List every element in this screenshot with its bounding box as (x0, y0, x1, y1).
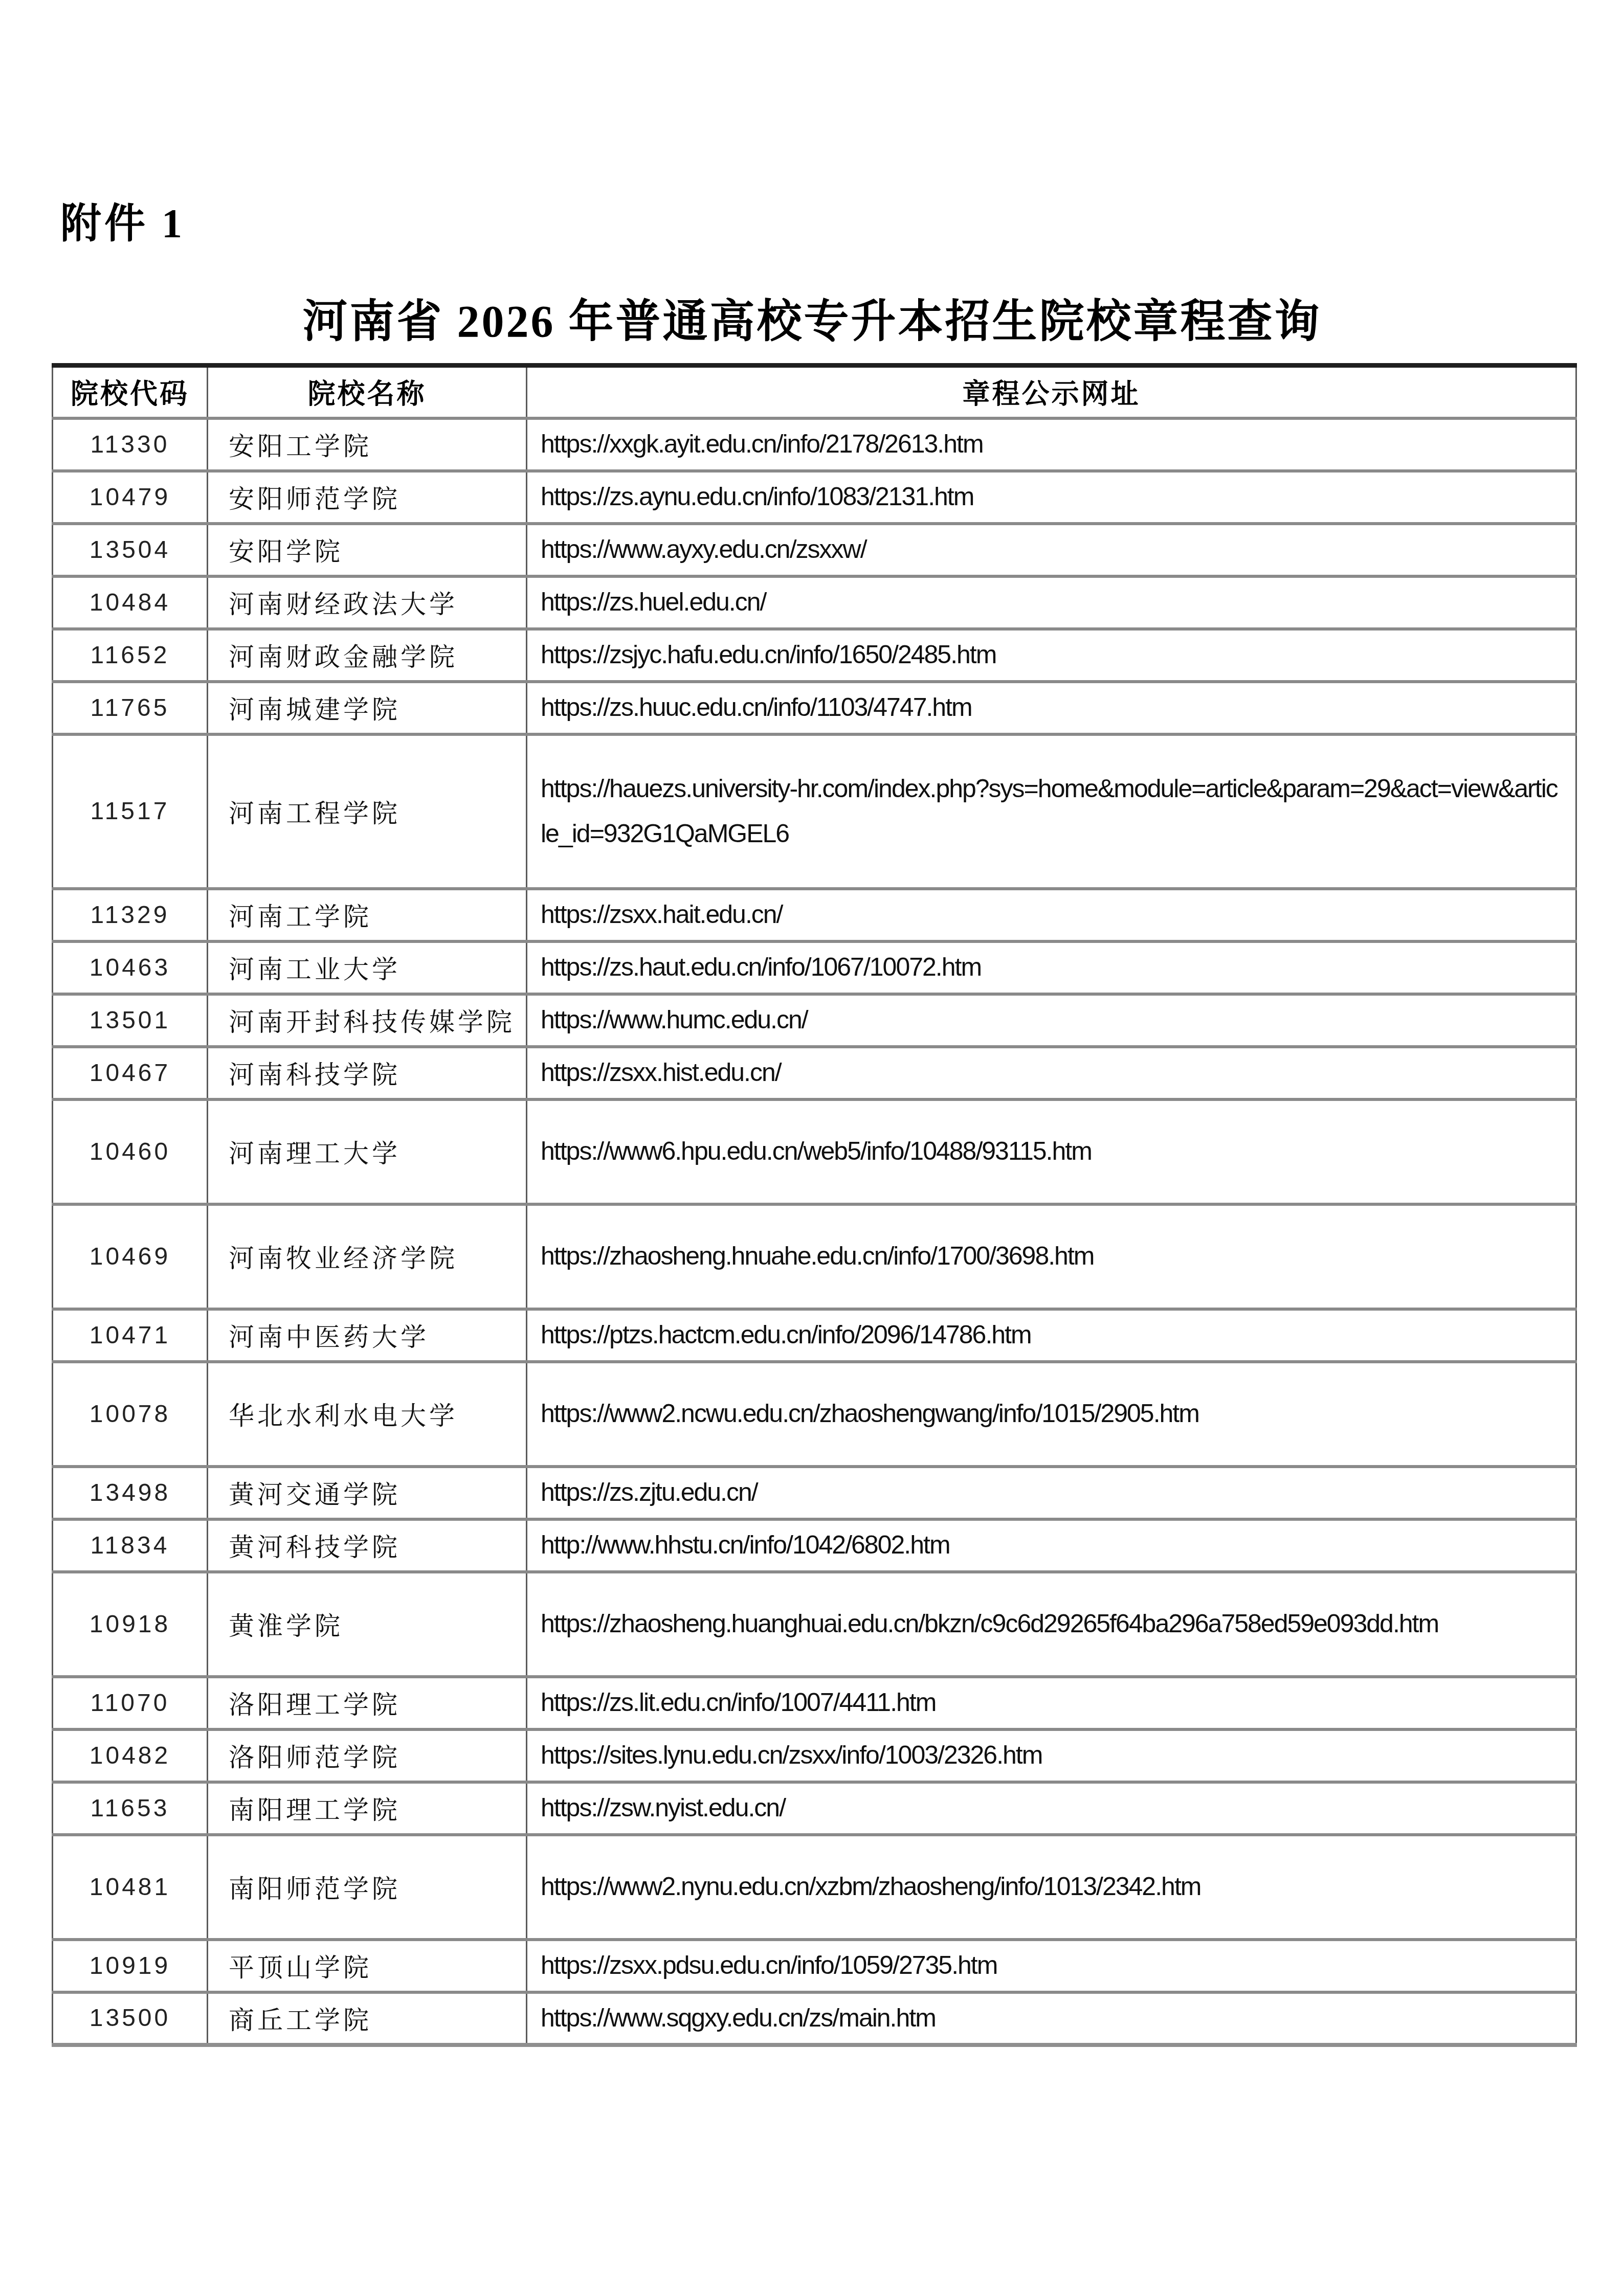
cell-college-code: 11653 (53, 1782, 208, 1835)
cell-college-name: 安阳学院 (208, 524, 527, 576)
document-page: 附件 1 河南省 2026 年普通高校专升本招生院校章程查询 院校代码 院校名称… (0, 0, 1624, 2296)
cell-college-code: 10479 (53, 471, 208, 524)
col-header-code: 院校代码 (53, 366, 208, 418)
cell-charter-url: https://www2.nynu.edu.cn/xzbm/zhaosheng/… (527, 1835, 1576, 1940)
cell-charter-url: https://hauezs.university-hr.com/index.p… (527, 734, 1576, 889)
cell-college-name: 黄淮学院 (208, 1572, 527, 1677)
cell-college-code: 13501 (53, 994, 208, 1047)
cell-charter-url: https://zs.zjtu.edu.cn/ (527, 1467, 1576, 1519)
table-row: 11517 河南工程学院 https://hauezs.university-h… (53, 734, 1576, 889)
table-row: 13498 黄河交通学院 https://zs.zjtu.edu.cn/ (53, 1467, 1576, 1519)
cell-charter-url: https://zsxx.hait.edu.cn/ (527, 889, 1576, 941)
table-row: 11652 河南财政金融学院 https://zsjyc.hafu.edu.cn… (53, 629, 1576, 682)
cell-college-code: 11517 (53, 734, 208, 889)
cell-college-code: 11329 (53, 889, 208, 941)
cell-college-code: 11330 (53, 418, 208, 471)
table-row: 10467 河南科技学院 https://zsxx.hist.edu.cn/ (53, 1047, 1576, 1099)
cell-charter-url: https://zsxx.pdsu.edu.cn/info/1059/2735.… (527, 1940, 1576, 1992)
cell-college-code: 10482 (53, 1729, 208, 1782)
cell-college-code: 13504 (53, 524, 208, 576)
cell-charter-url: https://zs.huel.edu.cn/ (527, 576, 1576, 629)
table-row: 10918 黄淮学院 https://zhaosheng.huanghuai.e… (53, 1572, 1576, 1677)
table-row: 10078 华北水利水电大学 https://www2.ncwu.edu.cn/… (53, 1362, 1576, 1467)
table-row: 10919 平顶山学院 https://zsxx.pdsu.edu.cn/inf… (53, 1940, 1576, 1992)
cell-college-code: 11765 (53, 682, 208, 734)
cell-charter-url: https://www.ayxy.edu.cn/zsxxw/ (527, 524, 1576, 576)
cell-charter-url: https://zs.haut.edu.cn/info/1067/10072.h… (527, 941, 1576, 994)
table-row: 11330 安阳工学院 https://xxgk.ayit.edu.cn/inf… (53, 418, 1576, 471)
table-row: 10484 河南财经政法大学 https://zs.huel.edu.cn/ (53, 576, 1576, 629)
table-row: 11765 河南城建学院 https://zs.huuc.edu.cn/info… (53, 682, 1576, 734)
cell-charter-url: https://zs.lit.edu.cn/info/1007/4411.htm (527, 1677, 1576, 1729)
cell-college-name: 河南财经政法大学 (208, 576, 527, 629)
cell-college-name: 河南牧业经济学院 (208, 1204, 527, 1309)
cell-charter-url: https://www2.ncwu.edu.cn/zhaoshengwang/i… (527, 1362, 1576, 1467)
table-row: 11329 河南工学院 https://zsxx.hait.edu.cn/ (53, 889, 1576, 941)
col-header-url: 章程公示网址 (527, 366, 1576, 418)
cell-college-code: 10919 (53, 1940, 208, 1992)
cell-college-code: 13500 (53, 1992, 208, 2045)
cell-college-code: 11652 (53, 629, 208, 682)
cell-college-code: 11070 (53, 1677, 208, 1729)
cell-college-code: 10918 (53, 1572, 208, 1677)
table-header-row: 院校代码 院校名称 章程公示网址 (53, 366, 1576, 418)
table-body: 11330 安阳工学院 https://xxgk.ayit.edu.cn/inf… (53, 418, 1576, 2045)
cell-charter-url: https://zsjyc.hafu.edu.cn/info/1650/2485… (527, 629, 1576, 682)
attachment-label: 附件 1 (60, 190, 185, 249)
cell-college-name: 河南工业大学 (208, 941, 527, 994)
cell-college-name: 河南工程学院 (208, 734, 527, 889)
cell-charter-url: https://xxgk.ayit.edu.cn/info/2178/2613.… (527, 418, 1576, 471)
cell-college-name: 洛阳理工学院 (208, 1677, 527, 1729)
cell-charter-url: https://zsxx.hist.edu.cn/ (527, 1047, 1576, 1099)
table-header: 院校代码 院校名称 章程公示网址 (53, 366, 1576, 418)
cell-college-code: 13498 (53, 1467, 208, 1519)
table-row: 10460 河南理工大学 https://www6.hpu.edu.cn/web… (53, 1099, 1576, 1204)
cell-charter-url: https://www.humc.edu.cn/ (527, 994, 1576, 1047)
cell-college-code: 10471 (53, 1309, 208, 1362)
cell-college-code: 10460 (53, 1099, 208, 1204)
cell-college-name: 平顶山学院 (208, 1940, 527, 1992)
cell-college-name: 河南工学院 (208, 889, 527, 941)
cell-college-code: 11834 (53, 1519, 208, 1572)
cell-college-code: 10469 (53, 1204, 208, 1309)
charter-table: 院校代码 院校名称 章程公示网址 11330 安阳工学院 https://xxg… (52, 363, 1577, 2047)
table-row: 10471 河南中医药大学 https://ptzs.hactcm.edu.cn… (53, 1309, 1576, 1362)
cell-college-name: 河南中医药大学 (208, 1309, 527, 1362)
table-row: 13504 安阳学院 https://www.ayxy.edu.cn/zsxxw… (53, 524, 1576, 576)
table-row: 10481 南阳师范学院 https://www2.nynu.edu.cn/xz… (53, 1835, 1576, 1940)
cell-charter-url: https://zhaosheng.hnuahe.edu.cn/info/170… (527, 1204, 1576, 1309)
cell-college-code: 10484 (53, 576, 208, 629)
cell-college-name: 华北水利水电大学 (208, 1362, 527, 1467)
cell-college-name: 黄河交通学院 (208, 1467, 527, 1519)
cell-college-name: 南阳理工学院 (208, 1782, 527, 1835)
cell-charter-url: https://zhaosheng.huanghuai.edu.cn/bkzn/… (527, 1572, 1576, 1677)
cell-college-code: 10463 (53, 941, 208, 994)
cell-charter-url: https://zs.huuc.edu.cn/info/1103/4747.ht… (527, 682, 1576, 734)
cell-charter-url: https://www.sqgxy.edu.cn/zs/main.htm (527, 1992, 1576, 2045)
cell-charter-url: http://www.hhstu.cn/info/1042/6802.htm (527, 1519, 1576, 1572)
cell-college-name: 商丘工学院 (208, 1992, 527, 2045)
cell-college-code: 10481 (53, 1835, 208, 1940)
cell-college-name: 黄河科技学院 (208, 1519, 527, 1572)
cell-charter-url: https://www6.hpu.edu.cn/web5/info/10488/… (527, 1099, 1576, 1204)
cell-charter-url: https://sites.lynu.edu.cn/zsxx/info/1003… (527, 1729, 1576, 1782)
table-row: 10463 河南工业大学 https://zs.haut.edu.cn/info… (53, 941, 1576, 994)
cell-college-name: 河南财政金融学院 (208, 629, 527, 682)
cell-college-name: 南阳师范学院 (208, 1835, 527, 1940)
table-row: 10479 安阳师范学院 https://zs.aynu.edu.cn/info… (53, 471, 1576, 524)
page-title: 河南省 2026 年普通高校专升本招生院校章程查询 (0, 285, 1624, 350)
table-row: 13500 商丘工学院 https://www.sqgxy.edu.cn/zs/… (53, 1992, 1576, 2045)
cell-college-name: 河南科技学院 (208, 1047, 527, 1099)
table-row: 10469 河南牧业经济学院 https://zhaosheng.hnuahe.… (53, 1204, 1576, 1309)
cell-charter-url: https://zs.aynu.edu.cn/info/1083/2131.ht… (527, 471, 1576, 524)
cell-college-name: 河南理工大学 (208, 1099, 527, 1204)
col-header-name: 院校名称 (208, 366, 527, 418)
cell-college-name: 河南开封科技传媒学院 (208, 994, 527, 1047)
cell-charter-url: https://ptzs.hactcm.edu.cn/info/2096/147… (527, 1309, 1576, 1362)
table-row: 11653 南阳理工学院 https://zsw.nyist.edu.cn/ (53, 1782, 1576, 1835)
cell-charter-url: https://zsw.nyist.edu.cn/ (527, 1782, 1576, 1835)
cell-college-code: 10467 (53, 1047, 208, 1099)
cell-college-name: 河南城建学院 (208, 682, 527, 734)
table-row: 11070 洛阳理工学院 https://zs.lit.edu.cn/info/… (53, 1677, 1576, 1729)
cell-college-name: 洛阳师范学院 (208, 1729, 527, 1782)
table-row: 10482 洛阳师范学院 https://sites.lynu.edu.cn/z… (53, 1729, 1576, 1782)
cell-college-code: 10078 (53, 1362, 208, 1467)
cell-college-name: 安阳师范学院 (208, 471, 527, 524)
table-row: 11834 黄河科技学院 http://www.hhstu.cn/info/10… (53, 1519, 1576, 1572)
cell-college-name: 安阳工学院 (208, 418, 527, 471)
table-row: 13501 河南开封科技传媒学院 https://www.humc.edu.cn… (53, 994, 1576, 1047)
